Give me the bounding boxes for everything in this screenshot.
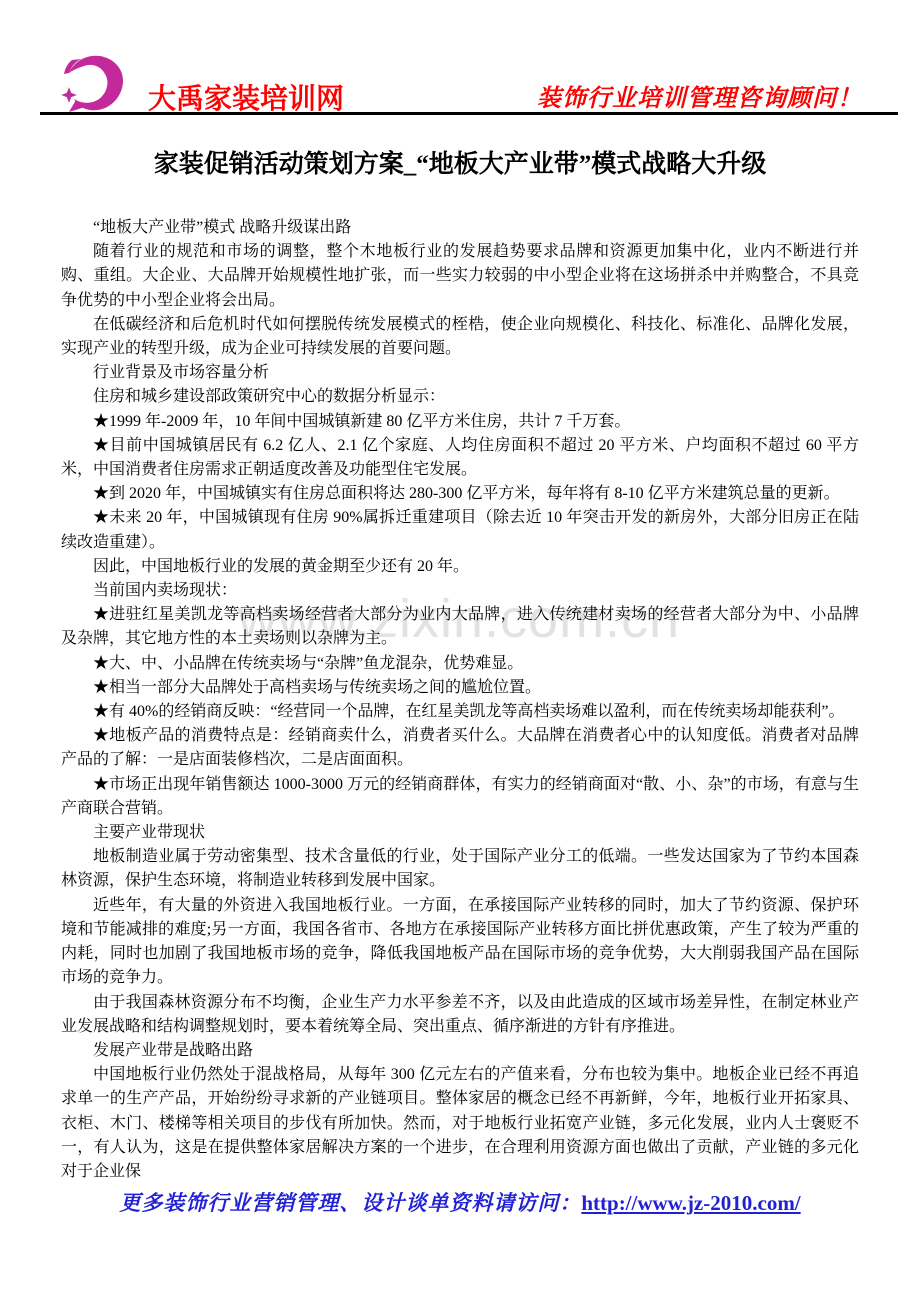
paragraph: ★到 2020 年，中国城镇实有住房总面积将达 280-300 亿平方米，每年将… bbox=[61, 482, 859, 506]
brand-name: 大禹家装培训网 bbox=[148, 84, 344, 114]
paragraph: “地板大产业带”模式 战略升级谋出路 bbox=[61, 216, 859, 240]
paragraph: 中国地板行业仍然处于混战格局，从每年 300 亿元左右的产值来看，分布也较为集中… bbox=[61, 1063, 859, 1184]
paragraph: 地板制造业属于劳动密集型、技术含量低的行业，处于国际产业分工的低端。一些发达国家… bbox=[61, 845, 859, 893]
paragraph: 当前国内卖场现状： bbox=[61, 579, 859, 603]
header-divider bbox=[40, 112, 898, 115]
paragraph: ★有 40%的经销商反映：“经营同一个品牌，在红星美凯龙等高档卖场难以盈利，而在… bbox=[61, 700, 859, 724]
footer-link[interactable]: http://www.jz-2010.com/ bbox=[581, 1191, 800, 1215]
paragraph: 主要产业带现状 bbox=[61, 821, 859, 845]
footer-text: 更多装饰行业营销管理、设计谈单资料请访问： bbox=[119, 1191, 581, 1215]
document-body: “地板大产业带”模式 战略升级谋出路随着行业的规范和市场的调整，整个木地板行业的… bbox=[61, 216, 859, 1184]
paragraph: ★地板产品的消费特点是：经销商卖什么，消费者买什么。大品牌在消费者心中的认知度低… bbox=[61, 724, 859, 772]
paragraph: 由于我国森林资源分布不均衡，企业生产力水平参差不齐，以及由此造成的区域市场差异性… bbox=[61, 991, 859, 1039]
paragraph: 发展产业带是战略出路 bbox=[61, 1039, 859, 1063]
header-slogan: 装饰行业培训管理咨询顾问！ bbox=[537, 86, 862, 112]
paragraph: ★1999 年-2009 年，10 年间中国城镇新建 80 亿平方米住房，共计 … bbox=[61, 410, 859, 434]
paragraph: ★进驻红星美凯龙等高档卖场经营者大部分为业内大品牌，进入传统建材卖场的经营者大部… bbox=[61, 603, 859, 651]
paragraph: ★未来 20 年，中国城镇现有住房 90%属拆迁重建项目（除去近 10 年突击开… bbox=[61, 506, 859, 554]
paragraph: 在低碳经济和后危机时代如何摆脱传统发展模式的桎梏，使企业向规模化、科技化、标准化… bbox=[61, 313, 859, 361]
paragraph: 近些年，有大量的外资进入我国地板行业。一方面，在承接国际产业转移的同时，加大了节… bbox=[61, 894, 859, 991]
document-page: 大禹家装培训网 装饰行业培训管理咨询顾问！ 家装促销活动策划方案_“地板大产业带… bbox=[0, 0, 920, 1302]
document-title: 家装促销活动策划方案_“地板大产业带”模式战略大升级 bbox=[40, 146, 880, 184]
dayu-logo-icon bbox=[57, 54, 127, 116]
paragraph: 行业背景及市场容量分析 bbox=[61, 361, 859, 385]
paragraph: ★大、中、小品牌在传统卖场与“杂牌”鱼龙混杂，优势难显。 bbox=[61, 652, 859, 676]
paragraph: 因此，中国地板行业的发展的黄金期至少还有 20 年。 bbox=[61, 555, 859, 579]
paragraph: 随着行业的规范和市场的调整，整个木地板行业的发展趋势要求品牌和资源更加集中化，业… bbox=[61, 240, 859, 313]
paragraph: ★相当一部分大品牌处于高档卖场与传统卖场之间的尴尬位置。 bbox=[61, 676, 859, 700]
paragraph: ★市场正出现年销售额达 1000-3000 万元的经销商群体，有实力的经销商面对… bbox=[61, 773, 859, 821]
paragraph: 住房和城乡建设部政策研究中心的数据分析显示： bbox=[61, 385, 859, 409]
paragraph: ★目前中国城镇居民有 6.2 亿人、2.1 亿个家庭、人均住房面积不超过 20 … bbox=[61, 434, 859, 482]
page-footer: 更多装饰行业营销管理、设计谈单资料请访问：http://www.jz-2010.… bbox=[0, 1188, 920, 1218]
